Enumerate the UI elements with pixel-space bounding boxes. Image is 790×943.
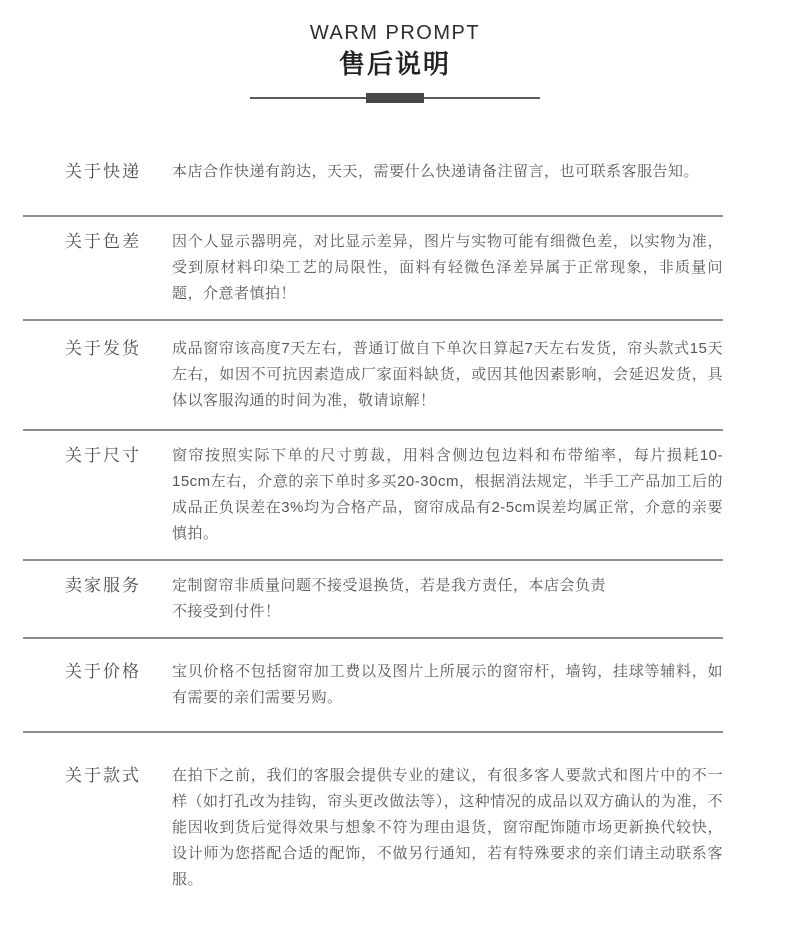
header-divider-accent-bar [366, 93, 424, 103]
section-label: 关于发货 [65, 336, 172, 362]
section-row-style: 关于款式 在拍下之前，我们的客服会提供专业的建议，有很多客人要款式和图片中的不一… [23, 731, 723, 917]
header-divider [250, 93, 540, 103]
section-text: 窗帘按照实际下单的尺寸剪裁，用料含侧边包边料和布带缩率，每片损耗10-15cm左… [172, 443, 723, 547]
section-row-color-difference: 关于色差 因个人显示器明亮，对比显示差异，图片与实物可能有细微色差，以实物为准，… [23, 215, 723, 319]
sections-list: 关于快递 本店合作快递有韵达，天天，需要什么快递请备注留言，也可联系客服告知。 … [23, 129, 723, 917]
section-label: 关于款式 [65, 763, 172, 789]
section-row-seller-service: 卖家服务 定制窗帘非质量问题不接受退换货，若是我方责任，本店会负责 不接受到付件… [23, 559, 723, 637]
section-label: 关于快递 [65, 159, 172, 185]
section-text: 成品窗帘该高度7天左右，普通订做自下单次日算起7天左右发货，帘头款式15天左右，… [172, 336, 723, 414]
section-row-price: 关于价格 宝贝价格不包括窗帘加工费以及图片上所展示的窗帘杆，墙钩，挂球等辅料，如… [23, 637, 723, 731]
section-row-shipping: 关于发货 成品窗帘该高度7天左右，普通订做自下单次日算起7天左右发货，帘头款式1… [23, 319, 723, 429]
section-label: 卖家服务 [65, 573, 172, 599]
section-row-delivery: 关于快递 本店合作快递有韵达，天天，需要什么快递请备注留言，也可联系客服告知。 [23, 129, 723, 215]
page-header: WARM PROMPT 售后说明 [0, 0, 790, 103]
section-label: 关于价格 [65, 659, 172, 685]
section-label: 关于色差 [65, 229, 172, 255]
section-text: 定制窗帘非质量问题不接受退换货，若是我方责任，本店会负责 不接受到付件！ [172, 573, 723, 625]
section-text: 宝贝价格不包括窗帘加工费以及图片上所展示的窗帘杆，墙钩，挂球等辅料，如有需要的亲… [172, 659, 723, 711]
section-text: 因个人显示器明亮，对比显示差异，图片与实物可能有细微色差，以实物为准，受到原材料… [172, 229, 723, 307]
section-label: 关于尺寸 [65, 443, 172, 469]
section-row-size: 关于尺寸 窗帘按照实际下单的尺寸剪裁，用料含侧边包边料和布带缩率，每片损耗10-… [23, 429, 723, 559]
section-text: 在拍下之前，我们的客服会提供专业的建议，有很多客人要款式和图片中的不一样（如打孔… [172, 763, 723, 893]
section-text: 本店合作快递有韵达，天天，需要什么快递请备注留言，也可联系客服告知。 [172, 159, 723, 185]
page-title-chinese: 售后说明 [0, 49, 790, 79]
page-title-english: WARM PROMPT [0, 20, 790, 46]
